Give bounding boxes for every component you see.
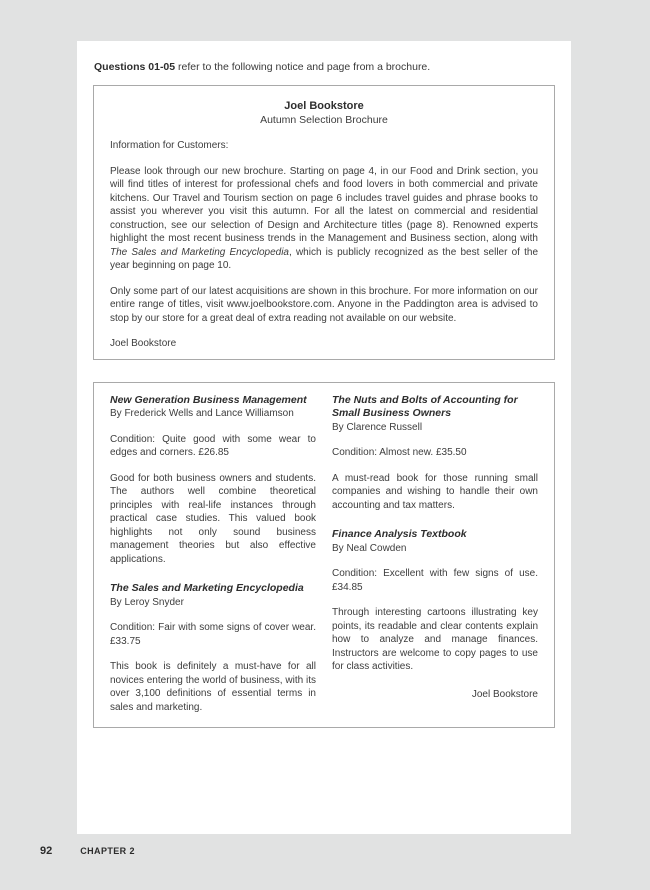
notice-subtitle: Autumn Selection Brochure	[110, 113, 538, 127]
book-author: By Neal Cowden	[332, 542, 538, 556]
question-instruction: Questions 01-05 refer to the following n…	[94, 61, 554, 74]
page-number: 92	[40, 845, 52, 857]
brochure-left-column: New Generation Business Management By Fr…	[110, 394, 316, 717]
book-author: By Clarence Russell	[332, 421, 538, 435]
chapter-label: CHAPTER 2	[80, 846, 135, 856]
notice-paragraph-1-start: Please look through our new brochure. St…	[110, 166, 538, 245]
notice-title: Joel Bookstore	[110, 99, 538, 113]
page-footer: 92 CHAPTER 2	[40, 845, 135, 857]
book-listing-4: Finance Analysis Textbook By Neal Cowden…	[332, 528, 538, 674]
book-condition: Condition: Fair with some signs of cover…	[110, 621, 316, 648]
book-title: The Nuts and Bolts of Accounting for Sma…	[332, 394, 538, 421]
brochure-right-column: The Nuts and Bolts of Accounting for Sma…	[332, 394, 538, 717]
book-condition: Condition: Quite good with some wear to …	[110, 433, 316, 460]
notice-paragraph-1: Please look through our new brochure. St…	[110, 165, 538, 273]
brochure-signature: Joel Bookstore	[332, 688, 538, 702]
notice-salutation: Information for Customers:	[110, 139, 538, 153]
book-listing-1: New Generation Business Management By Fr…	[110, 394, 316, 567]
notice-book-title-italic: The Sales and Marketing Encyclopedia	[110, 247, 289, 258]
textbook-page: Questions 01-05 refer to the following n…	[77, 41, 571, 834]
book-author: By Frederick Wells and Lance Williamson	[110, 407, 316, 421]
question-instruction-text: refer to the following notice and page f…	[175, 61, 430, 73]
book-condition: Condition: Excellent with few signs of u…	[332, 567, 538, 594]
book-listing-2: The Sales and Marketing Encyclopedia By …	[110, 582, 316, 714]
screenshot-background: { "header": { "bold": "Questions 01-05",…	[0, 0, 650, 890]
book-title: New Generation Business Management	[110, 394, 316, 408]
notice-signature: Joel Bookstore	[110, 337, 538, 351]
notice-box: Joel Bookstore Autumn Selection Brochure…	[93, 85, 555, 360]
book-description: Through interesting cartoons illustratin…	[332, 606, 538, 674]
book-description: This book is definitely a must-have for …	[110, 660, 316, 714]
book-listing-3: The Nuts and Bolts of Accounting for Sma…	[332, 394, 538, 513]
book-description: A must-read book for those running small…	[332, 472, 538, 513]
book-title: Finance Analysis Textbook	[332, 528, 538, 542]
notice-paragraph-2: Only some part of our latest acquisition…	[110, 285, 538, 326]
book-author: By Leroy Snyder	[110, 596, 316, 610]
book-description: Good for both business owners and studen…	[110, 472, 316, 567]
question-range: Questions 01-05	[94, 61, 175, 73]
book-title: The Sales and Marketing Encyclopedia	[110, 582, 316, 596]
brochure-box: New Generation Business Management By Fr…	[93, 382, 555, 728]
book-condition: Condition: Almost new. £35.50	[332, 446, 538, 460]
